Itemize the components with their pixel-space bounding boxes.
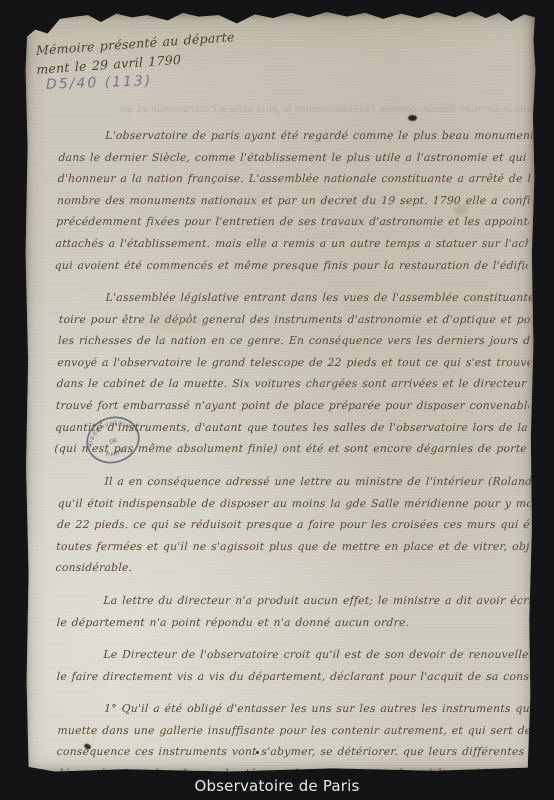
manuscript-paragraph: Le Directeur de l'observatoire croit qu'…: [56, 644, 531, 687]
manuscript-line: de 22 pieds. ce qui se réduisoit presque…: [57, 514, 531, 536]
manuscript-line: le faire directement vis a vis du départ…: [56, 666, 530, 688]
manuscript-line: L'observatoire de paris ayant été regard…: [59, 125, 533, 147]
manuscript-line: d'honneur a la nation françoise. L'assem…: [57, 168, 531, 190]
manuscript-line: muette dans une gallerie insuffisante po…: [57, 720, 531, 742]
archivist-note: Mémoire présenté au départe ment le 29 a…: [36, 29, 206, 79]
manuscript-line: considérable.: [55, 557, 529, 579]
manuscript-line: qu'il étoit indispensable de disposer au…: [57, 493, 531, 515]
manuscript-line: L'assemblée législative entrant dans les…: [59, 287, 533, 309]
manuscript-line: nombre des monuments nationaux et par un…: [57, 190, 531, 212]
manuscript-paragraph: L'observatoire de paris ayant été regard…: [54, 125, 532, 276]
stamp-text-middle: DE: [109, 438, 119, 446]
photo-caption: Observatoire de Paris: [0, 771, 554, 800]
manuscript-line: conséquence ces instruments vont s'abyme…: [56, 741, 530, 763]
manuscript-line: toutes fermées et qu'il ne s'agissoit pl…: [56, 536, 530, 558]
manuscript-paragraph: Il a en conséquence adressé une lettre a…: [55, 471, 532, 579]
manuscript-line: les richesses de la nation en ce genre. …: [58, 330, 532, 352]
manuscript-line: Le Directeur de l'observatoire croit qu'…: [57, 644, 531, 666]
manuscript-line: précédemment fixées pour l'entretien de …: [56, 211, 530, 233]
manuscript-line: toire pour être le dépôt general des ins…: [59, 309, 533, 331]
manuscript-line: envoyé a l'observatoire le grand telesco…: [57, 352, 531, 374]
manuscript-line: 1° Qu'il a été obligé d'entasser les uns…: [58, 698, 532, 720]
archival-code: D5/40 (113): [46, 73, 153, 93]
manuscript-line: Il a en conséquence adressé une lettre a…: [58, 471, 532, 493]
ink-blot: [408, 115, 417, 121]
manuscript-line: dans le cabinet de la muette. Six voitur…: [56, 374, 530, 396]
manuscript-line: le département n'a point répondu et n'a …: [56, 611, 530, 633]
manuscript-line: attachés a l'établissement. mais elle a …: [55, 233, 529, 255]
manuscript-page: Mémoire présenté au départe ment le 29 a…: [24, 9, 537, 773]
photo-background: Mémoire présenté au départe ment le 29 a…: [0, 0, 554, 800]
manuscript-line: qui avoient été commencés et même presqu…: [54, 255, 528, 277]
manuscript-paragraph: La lettre du directeur n'a produit aucun…: [56, 590, 531, 633]
manuscript-line: La lettre du directeur n'a produit aucun…: [57, 590, 531, 612]
ink-bleedthrough: dans le dernier Siècle, comme l'établiss…: [120, 103, 541, 115]
manuscript-line: dans le dernier Siècle, comme l'établiss…: [58, 147, 532, 169]
